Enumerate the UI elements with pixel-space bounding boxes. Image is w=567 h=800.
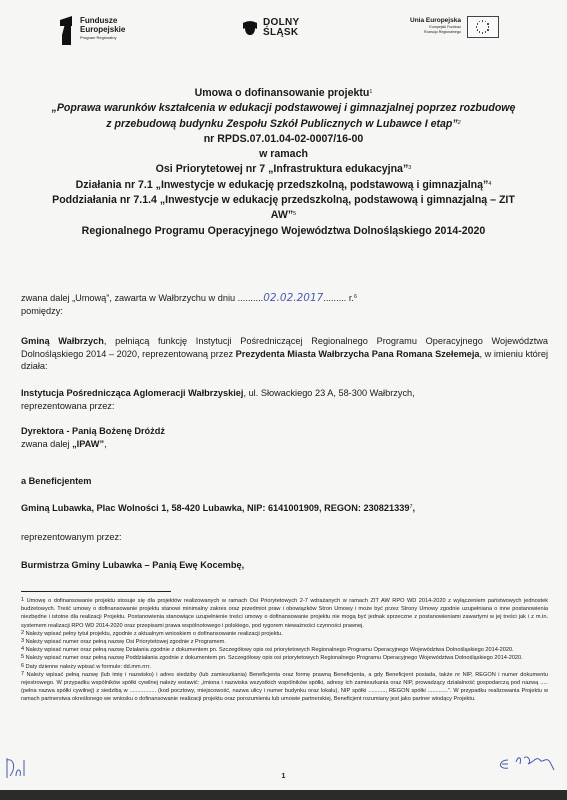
- between-label: pomiędzy:: [21, 305, 548, 318]
- footnote-number: 5: [21, 654, 24, 660]
- footnote-text: Umowę o dofinansowanie projektu stosuje …: [21, 598, 548, 629]
- footnote-ref-5[interactable]: 5: [293, 211, 296, 217]
- contract-title: Umowa o dofinansowanie projektu1 „Popraw…: [0, 86, 567, 239]
- eu-star-icon: [485, 31, 487, 33]
- eu-star-icon: [477, 29, 479, 31]
- footnote-text: Należy wpisać numer oraz pełną nazwę Dzi…: [24, 647, 514, 653]
- logo-fe-line2: Europejskie: [80, 25, 125, 34]
- director-paragraph: Dyrektora - Panią Bożenę Dróżdż zwana da…: [21, 425, 548, 450]
- signature-initials-left: [4, 756, 30, 780]
- eu-star-icon: [479, 21, 481, 23]
- logo-fe-line1: Fundusze: [80, 16, 125, 25]
- logo-fundusze-europejskie: Fundusze Europejskie Program Regionalny: [60, 16, 125, 46]
- party1-name: Gminą Wałbrzych: [21, 336, 104, 346]
- handwritten-date: 02.02.2017: [263, 292, 323, 304]
- footnote-3: 3 Należy wpisać numer oraz pełną nazwę O…: [21, 638, 548, 646]
- eu-star-icon: [479, 31, 481, 33]
- footnote-5: 5 Należy wpisać numer oraz pełną nazwę P…: [21, 654, 548, 662]
- logo-eu-line3: Rozwoju Regionalnego: [410, 30, 461, 35]
- document-page: Fundusze Europejskie Program Regionalny …: [0, 0, 567, 790]
- footnote-number: 6: [21, 663, 24, 669]
- footnote-7: 7 Należy wpisać pełną nazwę (lub imię i …: [21, 671, 548, 704]
- footnote-6: 6 Daty dzienne należy wpisać w formule: …: [21, 663, 548, 671]
- submeasure-line2: AW”: [271, 209, 293, 221]
- institution-paragraph: Instytucja Pośrednicząca Aglomeracji Wał…: [21, 387, 548, 412]
- represented-by-label: reprezentowanym przez:: [21, 531, 548, 544]
- logo-unia-europejska: Unia Europejska Europejski Fundusz Rozwo…: [410, 16, 499, 38]
- measure: Działania nr 7.1 „Inwestycje w edukację …: [76, 179, 489, 191]
- beneficiary-paragraph: Gminą Lubawka, Plac Wolności 1, 58-420 L…: [21, 502, 548, 515]
- logo-ds-line2: ŚLĄSK: [263, 28, 300, 38]
- footnote-1: 1 Umowę o dofinansowanie projektu stosuj…: [21, 597, 548, 630]
- fundusze-europejskie-icon: [60, 16, 74, 46]
- footnote-number: 2: [21, 630, 24, 636]
- eu-star-icon: [482, 32, 484, 34]
- ipaw-abbrev: „IPAW”: [72, 439, 104, 449]
- date-dots: .........: [323, 293, 346, 303]
- footnote-ref-7[interactable]: 7: [409, 504, 412, 510]
- eu-star-icon: [476, 26, 478, 28]
- footnote-ref-6[interactable]: 6: [354, 294, 357, 300]
- beneficiary-details: Gminą Lubawka, Plac Wolności 1, 58-420 L…: [21, 503, 409, 513]
- programme-name: Regionalnego Programu Operacyjnego Wojew…: [0, 224, 567, 239]
- logo-fe-line3: Program Regionalny: [80, 34, 125, 41]
- ipaw-prefix: zwana dalej: [21, 439, 72, 449]
- title-within: w ramach: [0, 147, 567, 162]
- date-dots: ..........: [238, 293, 264, 303]
- footnote-4: 4 Należy wpisać numer oraz pełną nazwę D…: [21, 646, 548, 654]
- scan-bottom-edge: [0, 790, 567, 800]
- footnote-text: Należy wpisać numer oraz pełną nazwę Osi…: [24, 639, 226, 645]
- eu-flag-icon: [467, 16, 499, 38]
- project-number: nr RPDS.07.01.04-02-0007/16-00: [0, 132, 567, 147]
- priority-axis: Osi Priorytetowej nr 7 „Infrastruktura e…: [156, 163, 409, 175]
- institution-name: Instytucja Pośrednicząca Aglomeracji Wał…: [21, 388, 243, 398]
- footnotes: 1 Umowę o dofinansowanie projektu stosuj…: [21, 597, 548, 704]
- eu-star-icon: [485, 21, 487, 23]
- mayor-name: Burmistrza Gminy Lubawka – Panią Ewę Koc…: [21, 559, 548, 572]
- eu-star-icon: [487, 29, 489, 31]
- footnote-ref-4[interactable]: 4: [488, 181, 491, 187]
- footnote-text: Należy wpisać pełny tytuł projektu, zgod…: [24, 631, 283, 637]
- footnote-2: 2 Należy wpisać pełny tytuł projektu, zg…: [21, 630, 548, 638]
- footnote-text: Daty dzienne należy wpisać w formule: dd…: [24, 664, 151, 670]
- party1-representative: Prezydenta Miasta Wałbrzycha Pana Romana…: [236, 349, 480, 359]
- concluded-text: zwana dalej „Umową”, zawarta w Wałbrzych…: [21, 293, 238, 303]
- footnote-number: 7: [21, 671, 24, 677]
- ipaw-suffix: ,: [104, 439, 107, 449]
- eu-star-icon: [487, 23, 489, 25]
- footnote-ref-1[interactable]: 1: [369, 89, 372, 95]
- logo-eu-line1: Unia Europejska: [410, 16, 461, 25]
- footnote-number: 3: [21, 638, 24, 644]
- eu-star-icon: [482, 20, 484, 22]
- year-suffix: r.: [346, 293, 354, 303]
- signature-initials-right: [494, 752, 558, 776]
- footnote-separator: [21, 591, 171, 592]
- project-title-line1: „Poprawa warunków kształcenia w edukacji…: [52, 102, 516, 114]
- title-line1: Umowa o dofinansowanie projektu: [195, 87, 370, 99]
- eu-star-icon: [488, 26, 490, 28]
- footnote-ref-3[interactable]: 3: [408, 165, 411, 171]
- beneficiary-label: a Beneficjentem: [21, 475, 548, 488]
- director-name: Dyrektora - Panią Bożenę Dróżdż: [21, 425, 548, 438]
- footnote-text: Należy wpisać numer oraz pełną nazwę Pod…: [24, 655, 523, 661]
- party1-paragraph: Gminą Wałbrzych, pełniącą funkcję Instyt…: [21, 335, 548, 373]
- footnote-ref-2[interactable]: 2: [458, 120, 461, 126]
- project-title-line2: z przebudową budynku Zespołu Szkół Publi…: [106, 118, 457, 130]
- institution-address: , ul. Słowackiego 23 A, 58-300 Wałbrzych…: [243, 388, 414, 398]
- footnote-text: Należy wpisać pełną nazwę (lub imię i na…: [21, 672, 548, 703]
- header-logos: Fundusze Europejskie Program Regionalny …: [0, 14, 567, 54]
- logo-dolny-slask: DOLNY ŚLĄSK: [243, 18, 300, 38]
- page-number: 1: [0, 773, 567, 780]
- footnote-number: 4: [21, 646, 24, 652]
- eu-star-icon: [477, 23, 479, 25]
- institution-represented-label: reprezentowana przez:: [21, 400, 548, 413]
- conclusion-paragraph: zwana dalej „Umową”, zawarta w Wałbrzych…: [21, 292, 548, 317]
- footnote-number: 1: [21, 597, 24, 603]
- eagle-coat-of-arms-icon: [243, 19, 257, 37]
- submeasure-line1: Poddziałania nr 7.1.4 „Inwestycje w eduk…: [0, 193, 567, 208]
